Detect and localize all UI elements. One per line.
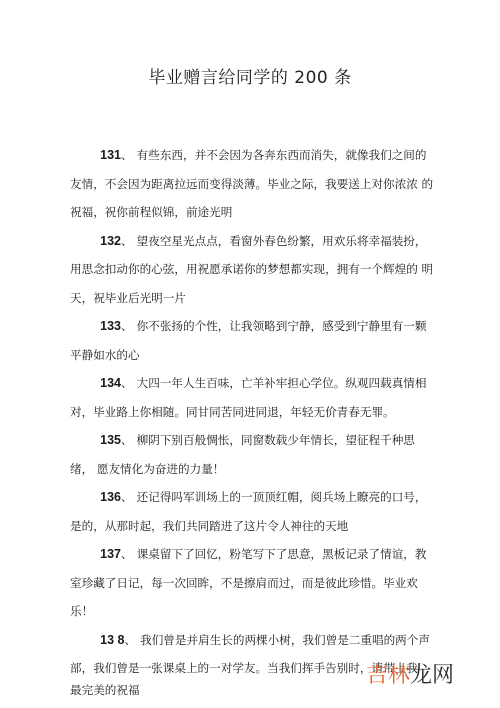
list-item: 134、大四一年人生百味，亡羊补牢担心学位。纵观四载真情相对，毕业路上你相随。同…: [70, 369, 438, 426]
site-watermark-logo: 吉林龙网: [366, 658, 454, 689]
blessings-list: 131、有些东西，并不会因为各奔东西而消失，就像我们之间的 友情，不会因为距离拉…: [70, 141, 438, 698]
list-item: 131、有些东西，并不会因为各奔东西而消失，就像我们之间的 友情，不会因为距离拉…: [70, 141, 438, 227]
item-separator: 、: [121, 319, 133, 333]
item-number: 137: [100, 547, 121, 561]
item-number: 133: [100, 319, 121, 333]
page-title: 毕业赠言给同学的 200 条: [0, 63, 500, 88]
list-item: 135、柳阴下别百般惆怅，同窗数载少年情长，望征程千种思绪， 愿友情化为奋进的力…: [70, 426, 438, 483]
item-number: 134: [100, 376, 121, 390]
item-number: 136: [100, 490, 121, 504]
item-separator: 、: [121, 148, 133, 162]
item-separator: 、: [121, 376, 133, 390]
item-separator: 、: [121, 234, 133, 248]
item-number: 135: [100, 433, 121, 447]
list-item: 132、望夜空星光点点，看窗外春色纷繁，用欢乐将幸福装扮，用思念扣动你的心弦，用…: [70, 227, 438, 313]
item-separator: 、: [121, 433, 133, 447]
watermark-part-2: 龙网: [410, 663, 454, 688]
item-separator: 、: [121, 547, 133, 561]
item-separator: 、: [125, 633, 137, 647]
list-item: 136、还记得吗军训场上的一顶顶红帽，阅兵场上瞭亮的口号， 是的，从那时起，我们…: [70, 483, 438, 540]
item-number: 131: [100, 148, 121, 162]
item-number: 132: [100, 234, 121, 248]
list-item: 137、课桌留下了回忆，粉笔写下了思意，黑板记录了情谊，教 室珍藏了日记，每一次…: [70, 540, 438, 626]
list-item: 133、你不张扬的个性，让我领略到宁静，感受到宁静里有一颗 平静如水的心: [70, 312, 438, 369]
item-number: 13 8: [100, 633, 124, 647]
item-separator: 、: [121, 490, 133, 504]
watermark-part-1: 吉林: [366, 663, 410, 688]
